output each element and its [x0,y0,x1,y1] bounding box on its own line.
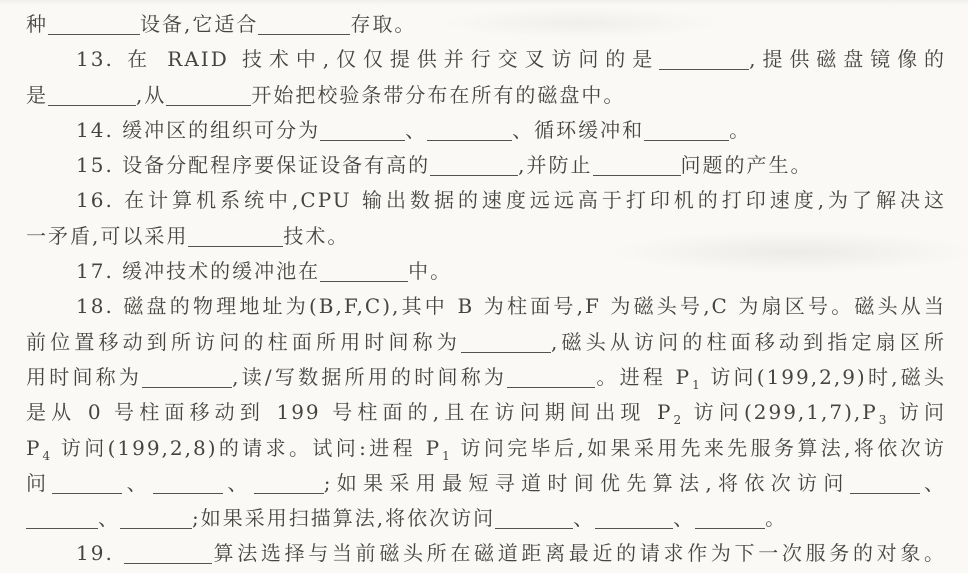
text-run: 是 [26,83,48,107]
subscript: 3 [879,413,887,427]
fill-in-blank [461,347,551,353]
text-line-12: 是从 0 号柱面移动到 199 号柱面的,且在访问期间出现 P2 访问(299,… [26,395,946,430]
text-run: 一矛盾,可以采用 [26,224,188,248]
text-line-5: 15. 设备分配程序要保证设备有高的,并防止问题的产生。 [26,148,946,183]
text-run: 、 [405,118,427,142]
fill-in-blank [48,100,136,106]
text-run: 访问(199,2,9)时,磁头 [701,365,946,389]
fill-in-blank [142,382,232,388]
fill-in-blank [254,488,324,494]
text-run: 存取。 [350,12,416,36]
text-run: 开始把校验条带分布在所有的磁盘中。 [251,83,625,107]
fill-in-blank [850,488,920,494]
text-line-3: 是,从开始把校验条带分布在所有的磁盘中。 [26,78,946,113]
text-run: 、循环缓冲和 [512,118,644,142]
fill-in-blank [430,170,518,176]
text-run: ;如果采用扫描算法,将依次访问 [192,506,495,530]
text-run: ,提供磁盘镜像的 [749,47,946,71]
subscript: 1 [692,378,700,392]
text-run: 问 [26,471,52,495]
text-run: 问题的产生。 [681,153,813,177]
scanned-document-page: 种设备,它适合存取。13. 在 RAID 技术中,仅仅提供并行交叉访问的是,提供… [0,0,968,573]
fill-in-blank [166,100,251,106]
text-run: 13. 在 RAID 技术中,仅仅提供并行交叉访问的是 [76,47,659,71]
text-run: 访问完毕后,如果采用先来先服务算法,将依次访 [451,436,946,460]
text-line-2: 13. 在 RAID 技术中,仅仅提供并行交叉访问的是,提供磁盘镜像的 [26,42,946,77]
text-line-11: 用时间称为,读/写数据所用的时间称为。进程 P1 访问(199,2,9)时,磁头 [26,360,946,395]
subscript: 1 [442,449,450,463]
text-run: 前位置移动到所访问的柱面所用时间称为 [26,330,461,354]
fill-in-blank [258,29,350,35]
text-line-14: 问、、;如果采用最短寻道时间优先算法,将依次访问、 [26,466,946,501]
text-run: 、 [223,471,254,495]
text-run: 16. 在计算机系统中,CPU 输出数据的速度远远高于打印机的打印速度,为了解决… [76,188,946,212]
text-run: ;如果采用最短寻道时间优先算法,将依次访问 [324,471,850,495]
fill-in-blank [695,523,765,529]
fill-in-blank [153,488,223,494]
fill-in-blank [48,29,140,35]
text-run: 种 [26,12,48,36]
text-run: ,磁头从访问的柱面移动到指定扇区所 [551,330,946,354]
text-run: 17. 缓冲技术的缓冲池在 [76,259,320,283]
fill-in-blank [659,64,749,70]
text-run: 技术。 [283,224,349,248]
text-line-1: 种设备,它适合存取。 [26,7,946,42]
fill-in-blank [644,135,729,141]
fill-in-blank [120,523,192,529]
text-line-4: 14. 缓冲区的组织可分为、、循环缓冲和。 [26,113,946,148]
fill-in-blank [320,276,408,282]
text-run: 访问(199,2,8)的请求。试问:进程 P [51,436,441,460]
fill-in-blank [495,523,573,529]
text-line-8: 17. 缓冲技术的缓冲池在中。 [26,254,946,289]
fill-in-blank [124,558,212,564]
text-run: 。 [765,506,787,530]
text-run: ,并防止 [518,153,592,177]
subscript: 4 [42,449,50,463]
text-run: 。 [729,118,751,142]
text-run: 中。 [408,259,452,283]
text-run: 设备,它适合 [140,12,258,36]
text-line-7: 一矛盾,可以采用技术。 [26,219,946,254]
text-run: 、 [98,506,120,530]
text-run: 19. [76,541,124,565]
text-line-13: P4 访问(199,2,8)的请求。试问:进程 P1 访问完毕后,如果采用先来先… [26,431,946,466]
fill-in-blank [593,170,681,176]
text-line-15: 、;如果采用扫描算法,将依次访问、、。 [26,501,946,536]
fill-in-blank [188,241,283,247]
text-run: 、 [122,471,153,495]
text-run: ,读/写数据所用的时间称为 [232,365,507,389]
text-line-16: 19. 算法选择与当前磁头所在磁道距离最近的请求作为下一次服务的对象。 [26,536,946,571]
text-run: 、 [920,471,946,495]
text-run: 用时间称为 [26,365,142,389]
text-line-10: 前位置移动到所访问的柱面所用时间称为,磁头从访问的柱面移动到指定扇区所 [26,325,946,360]
text-run: 14. 缓冲区的组织可分为 [76,118,320,142]
fill-in-blank [26,523,98,529]
text-run: 、 [673,506,695,530]
text-run: P [26,436,41,460]
fill-in-blank [52,488,122,494]
fill-in-blank [427,135,512,141]
fill-in-blank [507,382,595,388]
text-run: 18. 磁盘的物理地址为(B,F,C),其中 B 为柱面号,F 为磁头号,C 为… [76,294,946,318]
document-body: 种设备,它适合存取。13. 在 RAID 技术中,仅仅提供并行交叉访问的是,提供… [26,7,946,572]
subscript: 2 [673,413,681,427]
text-run: 、 [573,506,595,530]
text-run: 15. 设备分配程序要保证设备有高的 [76,153,430,177]
fill-in-blank [320,135,405,141]
text-line-6: 16. 在计算机系统中,CPU 输出数据的速度远远高于打印机的打印速度,为了解决… [26,183,946,218]
text-run: 算法选择与当前磁头所在磁道距离最近的请求作为下一次服务的对象。 [212,541,946,565]
text-run: 。进程 P [595,365,691,389]
text-run: 访问(299,1,7),P [682,400,878,424]
fill-in-blank [595,523,673,529]
text-run: ,从 [136,83,166,107]
text-line-9: 18. 磁盘的物理地址为(B,F,C),其中 B 为柱面号,F 为磁头号,C 为… [26,289,946,324]
text-run: 是从 0 号柱面移动到 199 号柱面的,且在访问期间出现 P [26,400,672,424]
